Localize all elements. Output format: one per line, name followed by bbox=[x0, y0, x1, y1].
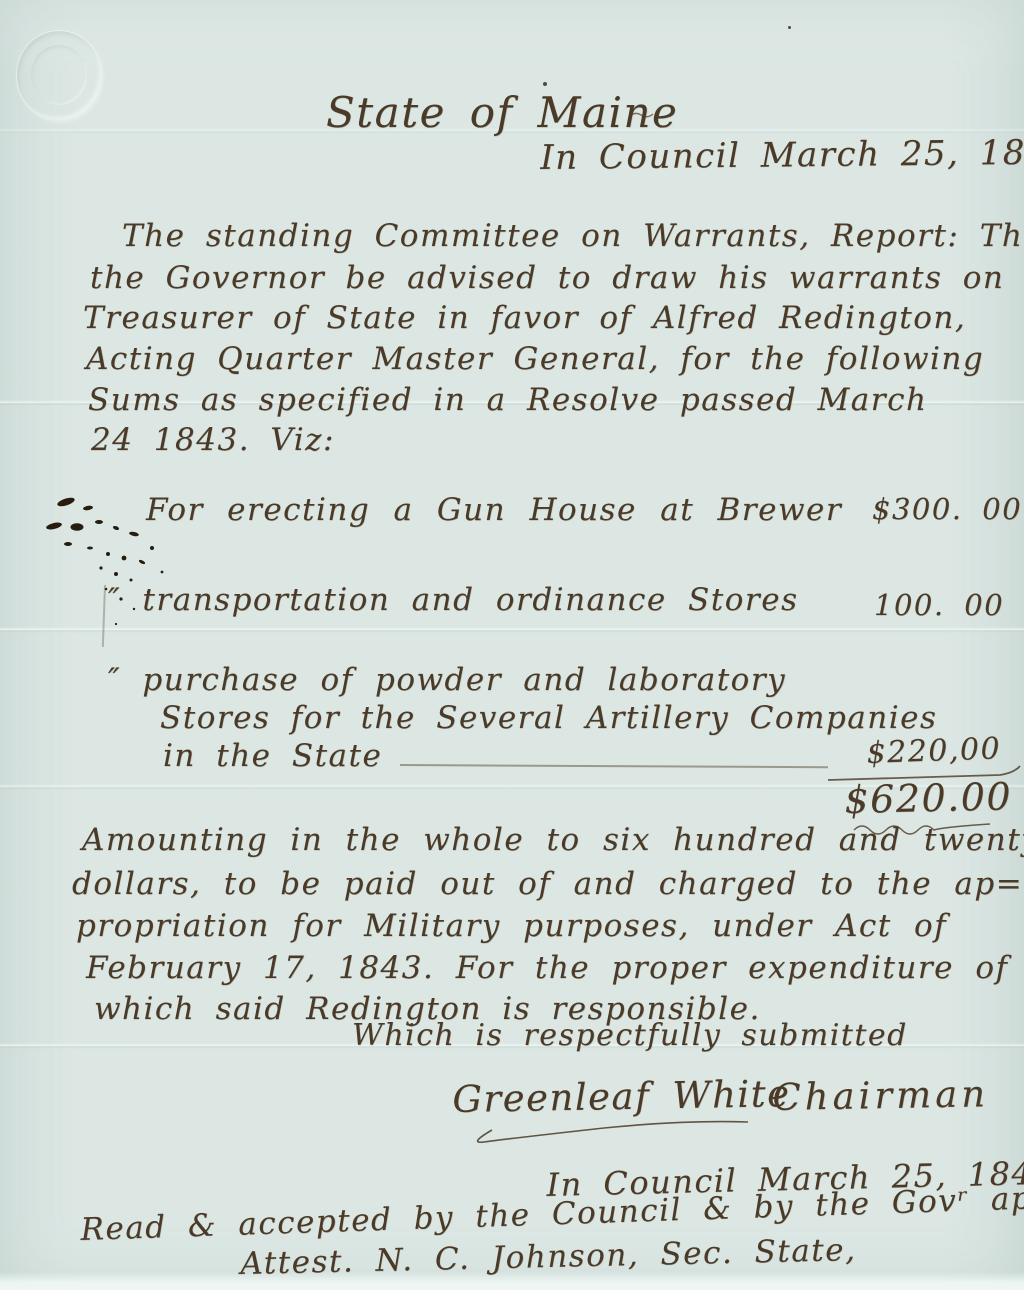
embossed-paper-seal bbox=[16, 30, 102, 120]
body-line: the Governor be advised to draw his warr… bbox=[90, 260, 1024, 296]
body-line: propriation for Military purposes, under… bbox=[76, 908, 947, 944]
closing-line: Which is respectfully submitted bbox=[352, 1018, 908, 1053]
body-line: February 17, 1843. For the proper expend… bbox=[86, 950, 1009, 986]
ink-blemish-dot bbox=[543, 82, 547, 86]
signature-flourish bbox=[452, 1120, 752, 1142]
manuscript-page: State of Maine In Council March 25, 1843… bbox=[0, 0, 1024, 1290]
body-line: dollars, to be paid out of and charged t… bbox=[72, 866, 1023, 902]
body-line: Sums as specified in a Resolve passed Ma… bbox=[88, 382, 927, 418]
expense-item-3-line1: ″ purchase of powder and laboratory bbox=[108, 662, 786, 698]
body-line: Amounting in the whole to six hundred an… bbox=[82, 822, 1024, 858]
body-line: Treasurer of State in favor of Alfred Re… bbox=[83, 300, 966, 336]
heading-state: State of Maine bbox=[326, 88, 678, 137]
body-line: 24 1843. Viz: bbox=[91, 422, 335, 458]
ink-blemish-dot bbox=[788, 26, 791, 29]
body-line: The standing Committee on Warrants, Repo… bbox=[122, 218, 1024, 254]
expense-item-3-line2: Stores for the Several Artillery Compani… bbox=[160, 700, 937, 736]
expense-item-3-line3: in the State bbox=[163, 738, 382, 774]
heading-council-date: In Council March 25, 1843 bbox=[540, 132, 1024, 178]
expense-item-1-amount: $300. 00 bbox=[872, 492, 1022, 526]
body-line: Acting Quarter Master General, for the f… bbox=[86, 341, 984, 377]
expense-item-3-amount: $220,00 bbox=[866, 731, 1002, 771]
signature-name: Greenleaf White bbox=[452, 1072, 791, 1121]
expense-item-2-line: ″ transportation and ordinance Stores bbox=[108, 582, 798, 618]
signature-title: Chairman bbox=[772, 1072, 989, 1119]
expense-item-2-amount: 100. 00 bbox=[874, 588, 1004, 622]
expense-item-1-line: For erecting a Gun House at Brewer bbox=[146, 492, 842, 528]
total-amount: $620.00 bbox=[844, 774, 1013, 822]
fill-dash-line bbox=[400, 764, 828, 768]
